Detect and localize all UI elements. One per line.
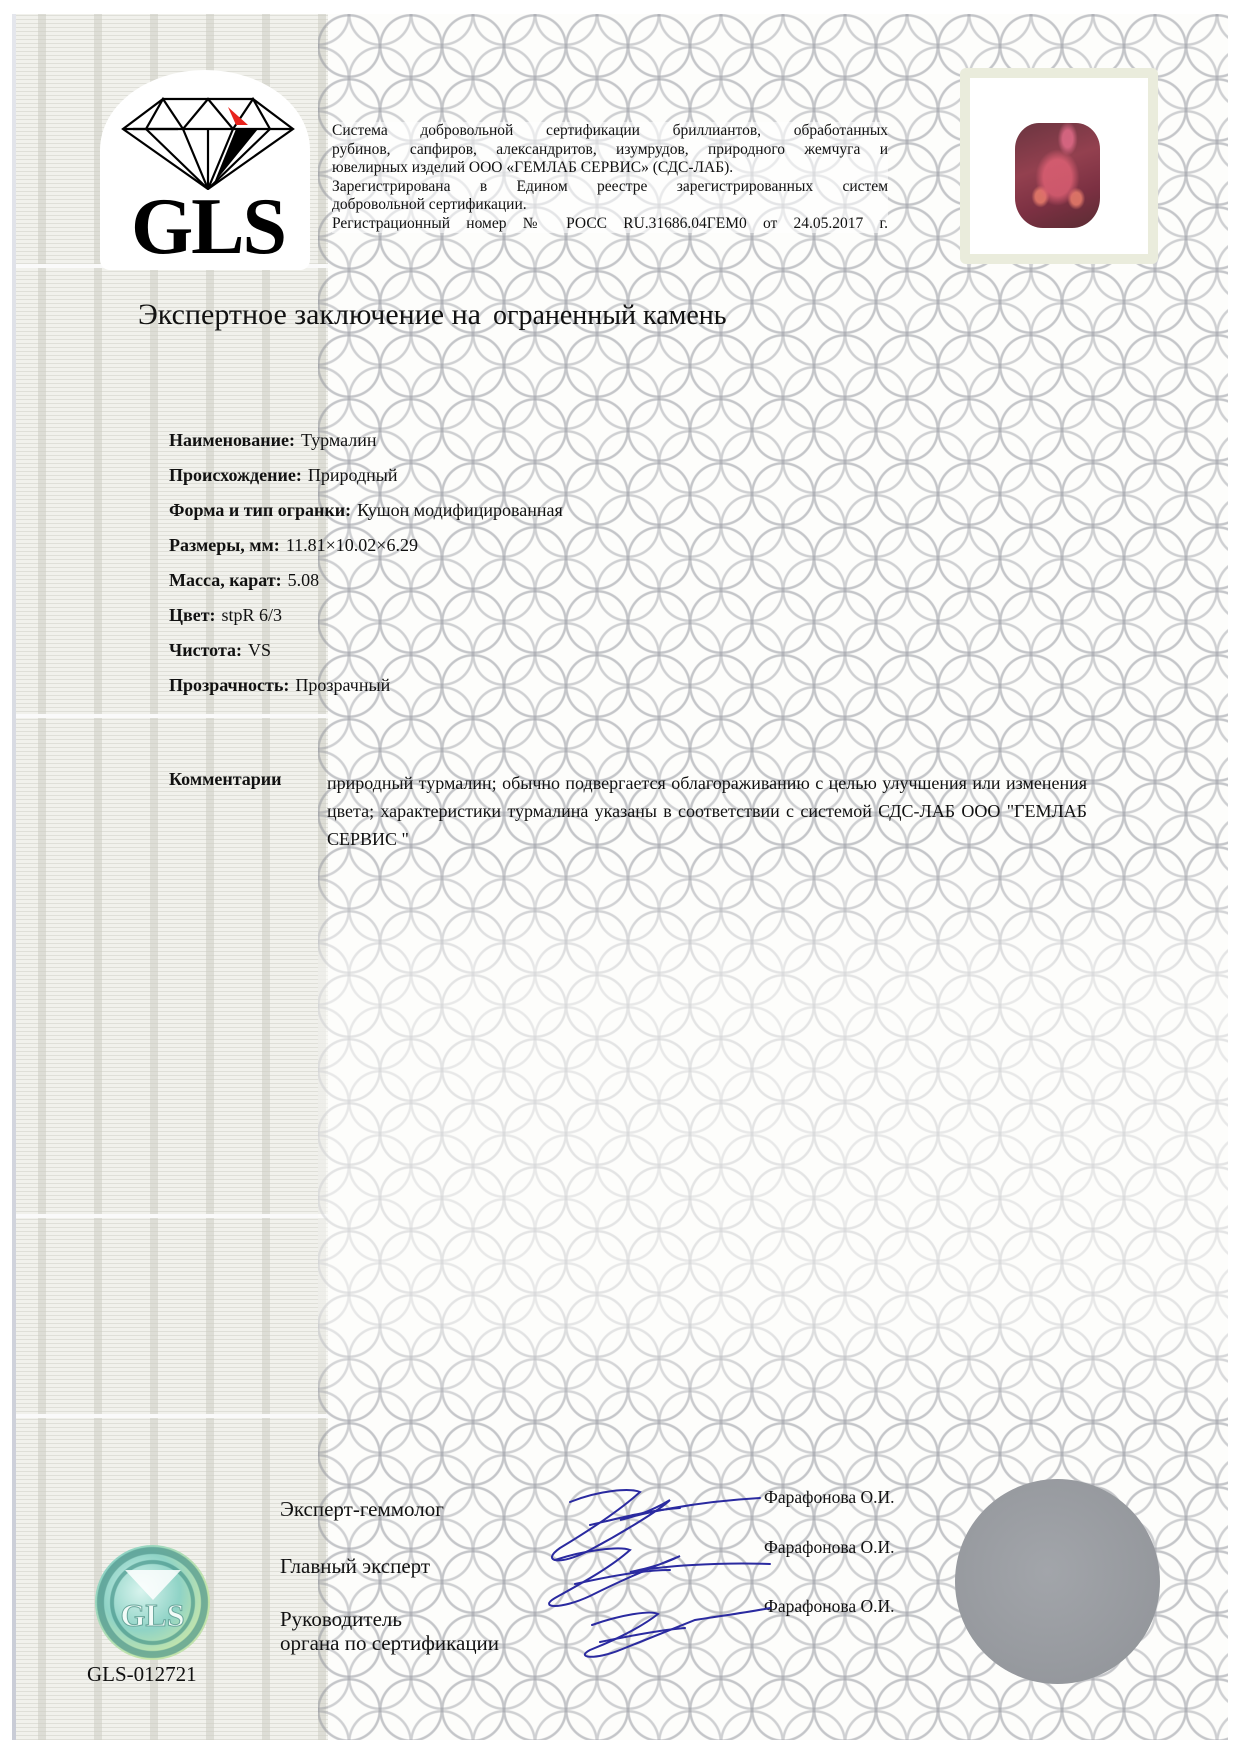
certification-system-info: Система добровольной сертификации брилли…: [332, 122, 888, 233]
property-row-weight: Масса, карат:5.08: [169, 568, 563, 603]
system-info-line: Зарегистрирована в Едином реестре зареги…: [332, 178, 888, 197]
system-info-line: добровольной сертификации.: [332, 196, 888, 215]
title-subject: ограненный камень: [493, 300, 727, 331]
comments-text: природный турмалин; обычно подвергается …: [327, 769, 1087, 853]
certificate-serial-number: GLS-012721: [87, 1662, 197, 1687]
hologram-diamond-icon: [125, 1570, 181, 1600]
title-prefix: Экспертное заключение на: [138, 298, 481, 331]
signer-name: Фарафонова О.И.: [764, 1596, 895, 1617]
property-row-color: Цвет:stpR 6/3: [169, 603, 563, 638]
stone-properties: Наименование:Турмалин Происхождение:Прир…: [169, 428, 563, 708]
document-title: Экспертное заключение наограненный камен…: [138, 297, 727, 334]
gemstone-photo: [1015, 123, 1100, 228]
diamond-icon: [118, 95, 298, 190]
system-info-line: Система добровольной сертификации брилли…: [332, 122, 888, 141]
microtext-security-strip: [16, 14, 328, 1740]
head-role-line1: Руководитель: [280, 1607, 499, 1631]
signer-name: Фарафонова О.И.: [764, 1537, 895, 1558]
comments-label: Комментарии: [169, 769, 282, 790]
registration-number: Регистрационный номер № РОСС RU.31686.04…: [332, 215, 888, 234]
property-row-name: Наименование:Турмалин: [169, 428, 563, 463]
gls-logo: GLS: [118, 95, 298, 265]
handwritten-signatures: [520, 1480, 780, 1670]
hologram-sticker: GLS: [95, 1545, 210, 1660]
signer-name: Фарафонова О.И.: [764, 1487, 895, 1508]
pattern-fade: [318, 860, 1228, 1420]
property-row-cut: Форма и тип огранки:Кушон модифицированн…: [169, 498, 563, 533]
signature-role-head: Руководитель органа по сертификации: [280, 1607, 499, 1655]
head-role-line2: органа по сертификации: [280, 1631, 499, 1655]
hologram-text: GLS: [95, 1597, 210, 1634]
system-info-line: ювелирных изделий ООО «ГЕМЛАБ СЕРВИС» (С…: [332, 159, 888, 178]
system-info-line: рубинов, сапфиров, александритов, изумру…: [332, 141, 888, 160]
logo-brand-text: GLS: [118, 187, 298, 267]
stamp-seal: [955, 1479, 1160, 1684]
property-row-origin: Происхождение:Природный: [169, 463, 563, 498]
property-row-clarity: Чистота:VS: [169, 638, 563, 673]
property-row-transparency: Прозрачность:Прозрачный: [169, 673, 563, 708]
property-row-dimensions: Размеры, мм:11.81×10.02×6.29: [169, 533, 563, 568]
signature-role-gemologist: Эксперт-геммолог: [280, 1497, 444, 1521]
signature-role-chief-expert: Главный эксперт: [280, 1554, 430, 1578]
